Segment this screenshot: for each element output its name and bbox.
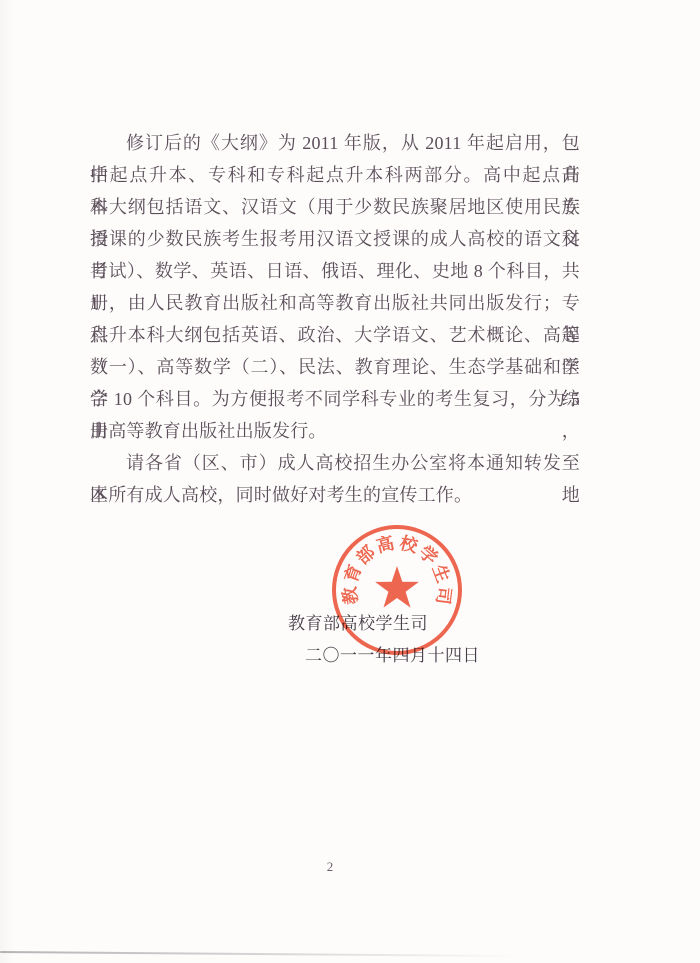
body-line: 点升本科大纲包括英语、政治、大学语文、艺术概论、高等数学 (90, 319, 580, 351)
official-seal: 教 育 部 高 校 学 生 司 (317, 510, 477, 670)
document-body: 修订后的《大纲》为 2011 年版，从 2011 年起启用，包括高 中起点升本、… (90, 127, 580, 511)
seal-char: 校 (397, 532, 420, 556)
body-line: 考试）、数学、英语、日语、俄语、理化、史地 8 个科目，共 1 (90, 255, 580, 287)
scanned-document-page: 修订后的《大纲》为 2011 年版，从 2011 年起启用，包括高 中起点升本、… (0, 0, 700, 963)
body-line: 修订后的《大纲》为 2011 年版，从 2011 年起启用，包括高 (90, 127, 580, 159)
seal-char: 司 (433, 586, 455, 606)
body-line: 授课的少数民族考生报考用汉语文授课的成人高校的语文科目 (90, 223, 580, 255)
body-line: （一）、高等数学（二）、民法、教育理论、生态学基础和医学综 (90, 351, 580, 383)
seal-char: 高 (374, 532, 396, 556)
seal-char: 部 (352, 541, 379, 568)
seal-char: 育 (341, 562, 366, 585)
body-line: 请各省（区、市）成人高校招生办公室将本通知转发至本地 (90, 447, 580, 479)
body-line: 中起点升本、专科和专科起点升本科两部分。高中起点升本、专 (90, 159, 580, 191)
body-line: 科大纲包括语文、汉语文（用于少数民族聚居地区使用民族语文 (90, 191, 580, 223)
scan-artifact-line (0, 951, 520, 957)
body-line: 合 10 个科目。为方便报考不同学科专业的考生复习，分为 5 册， (90, 383, 580, 415)
seal-char: 生 (429, 562, 454, 586)
body-line: 册，由人民教育出版社和高等教育出版社共同出版发行；专科起 (90, 287, 580, 319)
page-number: 2 (318, 859, 342, 875)
seal-star-icon (375, 566, 419, 608)
seal-char: 教 (339, 585, 361, 605)
